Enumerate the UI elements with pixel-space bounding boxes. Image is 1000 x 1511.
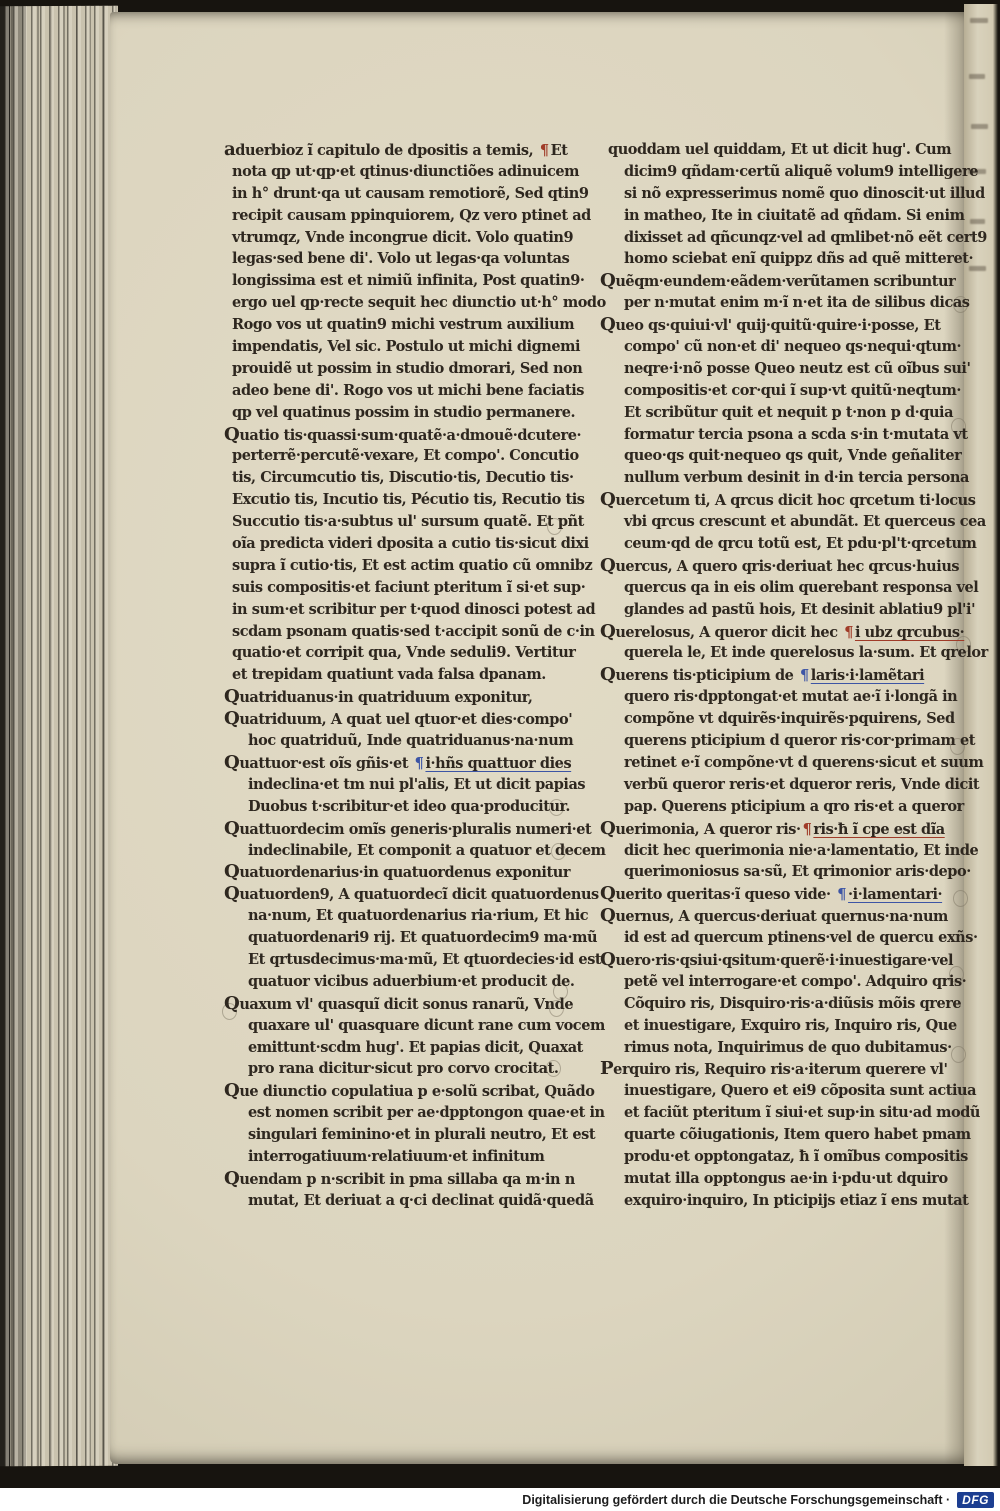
rubric-mark: i ubz qrcubus· (855, 624, 964, 641)
rubric-mark: ¶ (413, 755, 426, 772)
text-run: perterrẽ·percutẽ·vexare, Et compo'. Conc… (232, 447, 579, 464)
text-line: Quernus, A quercus·deriuat quernus·na·nu… (608, 905, 956, 927)
text-run: emittunt·scdm hug'. Et papias dicit, Qua… (248, 1039, 583, 1056)
text-line: emittunt·scdm hug'. Et papias dicit, Qua… (232, 1037, 554, 1059)
text-run: inuestigare, Quero et ei9 cõposita sunt … (624, 1082, 976, 1099)
text-run: hoc quatriduũ, Inde quatriduanus·na·num (248, 732, 573, 749)
text-line: exquiro·inquiro, In pticipijs etiaz ĩ en… (608, 1190, 956, 1212)
text-run: quatuordenari9 rij. Et quatuordecim9 ma·… (248, 929, 597, 946)
text-run: et faciũt pteritum ĩ siui·et sup·in situ… (624, 1104, 980, 1121)
text-line: rimus nota, Inquirimus de quo dubitamus· (608, 1037, 956, 1059)
text-run: pap. Querens pticipium a qro ris·et a qu… (624, 798, 964, 815)
text-run: ergo uel qp·recte sequit hec diunctio ut… (232, 294, 606, 311)
text-run: retinet e·ĩ compõne·vt d querens·sicut e… (624, 754, 983, 771)
text-line: compõne vt dquirẽs·inquirẽs·pquirens, Se… (608, 708, 956, 730)
text-line: quoddam uel quiddam, Et ut dicit hug'. C… (608, 139, 956, 161)
text-line: Rogo vos ut quatin9 michi vestrum auxili… (232, 314, 554, 336)
next-page-text-fragment (969, 74, 985, 79)
text-line: dicim9 qñdam·certũ aliquẽ volum9 intelli… (608, 161, 956, 183)
text-run: Quatriduanus·in quatriduum exponitur, (224, 689, 533, 706)
text-line: et trepidam quatiunt vada falsa dpanam. (232, 664, 554, 686)
text-run: querela le, Et inde querelosus la·sum. E… (624, 644, 988, 661)
text-run: glandes ad pastũ hois, Et desinit ablati… (624, 601, 975, 618)
text-run: Quercetum ti, A qrcus dicit hoc qrcetum … (600, 492, 975, 509)
text-line: querimoniosus sa·sũ, Et qrimonior aris·d… (608, 861, 956, 883)
rubric-mark: ris·ħ ĩ cpe est dĩa (813, 821, 944, 838)
text-run: in h° drunt·qa ut causam remotiorẽ, Sed … (232, 185, 588, 202)
text-run: Quendam p n·scribit in pma sillaba qa m·… (224, 1171, 575, 1188)
text-run: Perquiro ris, Requiro ris·a·iterum quere… (600, 1061, 947, 1078)
text-run: supra ĩ cutio·tis, Et est actim quatio c… (232, 557, 592, 574)
text-run: Querens tis·pticipium de (600, 667, 798, 684)
text-run: na·num, Et quatuordenarius ria·rium, Et … (248, 907, 588, 924)
text-line: compositis·et cor·qui ĩ sup·vt quitũ·neq… (608, 380, 956, 402)
text-run: indeclina·et tm nui pl'alis, Et ut dicit… (248, 776, 585, 793)
text-run: adeo bene di'. Rogo vos ut michi bene fa… (232, 382, 584, 399)
text-run: nota qp ut·qp·et qtinus·diunctiões adinu… (232, 163, 579, 180)
text-line: Duobus t·scribitur·et ideo qua·producitu… (232, 796, 554, 818)
rubric-mark: ¶ (835, 886, 848, 903)
text-line: homo sciebat enĩ quippz dñs ad quẽ mitte… (608, 248, 956, 270)
text-run: Querelosus, A queror dicit hec (600, 624, 842, 641)
text-run: suis compositis·et faciunt pteritum ĩ si… (232, 579, 585, 596)
text-line: indeclinabile, Et componit a quatuor et … (232, 840, 554, 862)
text-line: Quero·ris·qsiui·qsitum·querẽ·i·inuestiga… (608, 949, 956, 971)
text-line: ceum·qd de qrcu totũ est, Et pdu·pl't·qr… (608, 533, 956, 555)
text-line: quarte cõiugationis, Item quero habet pm… (608, 1124, 956, 1146)
text-run: et inuestigare, Exquiro ris, Inquiro ris… (624, 1017, 957, 1034)
text-line: scdam psonam quatis·sed t·accipit sonũ d… (232, 621, 554, 643)
text-line: verbũ queror reris·et dqueror reris, Vnd… (608, 774, 956, 796)
text-line: Quendam p n·scribit in pma sillaba qa m·… (232, 1168, 554, 1190)
text-line: quatuordenari9 rij. Et quatuordecim9 ma·… (232, 927, 554, 949)
text-line: Quattuordecim omĩs generis·pluralis nume… (232, 818, 554, 840)
text-line: recipit causam ppinquiorem, Qz vero ptin… (232, 205, 554, 227)
rubric-mark: laris·i·lamẽtari (811, 667, 924, 684)
text-line: perterrẽ·percutẽ·vexare, Et compo'. Conc… (232, 445, 554, 467)
text-run: recipit causam ppinquiorem, Qz vero ptin… (232, 207, 591, 224)
text-line: Que diunctio copulatiua p e·solũ scribat… (232, 1080, 554, 1102)
text-run: mutat illa opptongus ae·in i·pdu·ut dqui… (624, 1170, 948, 1187)
text-line: legas·sed bene di'. Volo ut legas·qa vol… (232, 248, 554, 270)
text-line: na·num, Et quatuordenarius ria·rium, Et … (232, 905, 554, 927)
text-line: Quercus, A quero qris·deriuat hec qrcus·… (608, 555, 956, 577)
text-run: neqre·i·nõ posse Queo neutz est cũ oĩbus… (624, 360, 970, 377)
text-line: suis compositis·et faciunt pteritum ĩ si… (232, 577, 554, 599)
text-run: qp vel quatinus possim in studio permane… (232, 404, 575, 421)
text-run: produ·et opptongataz, ħ ĩ omĩbus composi… (624, 1148, 968, 1165)
text-line: Et qrtusdecimus·ma·mũ, Et qtuordecies·id… (232, 949, 554, 971)
text-run: Queo qs·quiui·vl' quij·quitũ·quire·i·pos… (600, 317, 940, 334)
text-line: si nõ expresserimus nomẽ quo dinoscit·ut… (608, 183, 956, 205)
text-run: Quattuordecim omĩs generis·pluralis nume… (224, 821, 591, 838)
digitization-credit-bar: Digitalisierung gefördert durch die Deut… (0, 1488, 1000, 1511)
text-run: Quaxum vl' quasquĩ dicit sonus ranarũ, V… (224, 996, 573, 1013)
text-run: indeclinabile, Et componit a quatuor et … (248, 842, 606, 859)
text-run: Quẽqm·eundem·eãdem·verũtamen scribuntur (600, 273, 955, 290)
dfg-logo[interactable]: DFG (957, 1492, 994, 1508)
text-run: verbũ queror reris·et dqueror reris, Vnd… (624, 776, 979, 793)
text-run: Quero·ris·qsiui·qsitum·querẽ·i·inuestiga… (600, 952, 953, 969)
text-line: Succutio tis·a·subtus ul' sursum quatẽ. … (232, 511, 554, 533)
text-line: Quatriduanus·in quatriduum exponitur, (232, 686, 554, 708)
rubric-mark: ¶ (801, 821, 814, 838)
text-line: Et scribũtur quit et nequit p t·non p d·… (608, 402, 956, 424)
text-line: longissima est et nimiũ infinita, Post q… (232, 270, 554, 292)
text-run: Querito queritas·ĩ queso vide· (600, 886, 835, 903)
text-run: legas·sed bene di'. Volo ut legas·qa vol… (232, 250, 569, 267)
text-run: Excutio tis, Incutio tis, Pécutio tis, R… (232, 491, 585, 508)
text-line: formatur tercia psona a scda s·in t·muta… (608, 424, 956, 446)
text-line: nullum verbum desinit in d·in tercia per… (608, 467, 956, 489)
text-run: vtrumqz, Vnde incongrue dicit. Volo quat… (232, 229, 573, 246)
text-run: rimus nota, Inquirimus de quo dubitamus· (624, 1039, 952, 1056)
text-run: per n·mutat enim m·ĩ n·et ita de silibus… (624, 294, 970, 311)
text-run: Rogo vos ut quatin9 michi vestrum auxili… (232, 316, 574, 333)
text-run: dixisset ad qñcunqz·vel ad qmlibet·nõ eẽ… (624, 229, 987, 246)
text-run: pro rana dicitur·sicut pro corvo crocita… (248, 1060, 558, 1077)
text-line: mutat, Et deriuat a q·ci declinat quidã·… (232, 1190, 554, 1212)
text-run: homo sciebat enĩ quippz dñs ad quẽ mitte… (624, 250, 973, 267)
text-line: quatuor vicibus aduerbium·et producit de… (232, 971, 554, 993)
text-line: retinet e·ĩ compõne·vt d querens·sicut e… (608, 752, 956, 774)
rubric-mark: ·i·lamentari· (848, 886, 942, 903)
text-run: compositis·et cor·qui ĩ sup·vt quitũ·neq… (624, 382, 961, 399)
text-run: Et (551, 142, 568, 159)
text-line: ergo uel qp·recte sequit hec diunctio ut… (232, 292, 554, 314)
text-run: Quernus, A quercus·deriuat quernus·na·nu… (600, 908, 948, 925)
text-run: impendatis, Vel sic. Postulo ut michi di… (232, 338, 580, 355)
text-run: tis, Circumcutio tis, Discutio·tis, Decu… (232, 469, 574, 486)
text-line: mutat illa opptongus ae·in i·pdu·ut dqui… (608, 1168, 956, 1190)
text-run: id est ad quercum ptinens·vel de quercu … (624, 929, 978, 946)
text-run: Et qrtusdecimus·ma·mũ, Et qtuordecies·id… (248, 951, 601, 968)
next-page-text-fragment (970, 18, 988, 23)
text-line: neqre·i·nõ posse Queo neutz est cũ oĩbus… (608, 358, 956, 380)
text-run: querimoniosus sa·sũ, Et qrimonior aris·d… (624, 863, 971, 880)
text-run: in matheo, Ite in ciuitatẽ ad qñdam. Si … (624, 207, 964, 224)
text-line: per n·mutat enim m·ĩ n·et ita de silibus… (608, 292, 956, 314)
text-run: mutat, Et deriuat a q·ci declinat quidã·… (248, 1192, 594, 1209)
text-line: glandes ad pastũ hois, Et desinit ablati… (608, 599, 956, 621)
text-line: Perquiro ris, Requiro ris·a·iterum quere… (608, 1058, 956, 1080)
text-run: singulari feminino·et in plurali neutro,… (248, 1126, 595, 1143)
text-line: indeclina·et tm nui pl'alis, Et ut dicit… (232, 774, 554, 796)
text-line: Quatio tis·quassi·sum·quatẽ·a·dmouẽ·dcut… (232, 424, 554, 446)
text-line: Quatriduum, A quat uel qtuor·et dies·com… (232, 708, 554, 730)
text-run: nullum verbum desinit in d·in tercia per… (624, 469, 969, 486)
text-line: adeo bene di'. Rogo vos ut michi bene fa… (232, 380, 554, 402)
text-line: quaxare ul' quasquare dicunt rane cum vo… (232, 1015, 554, 1037)
next-page-text-fragment (970, 219, 985, 224)
text-run: quercus qa in eis olim querebant respons… (624, 579, 978, 596)
text-line: est nomen scribit per ae·dpptongon quae·… (232, 1102, 554, 1124)
text-run: queo·qs quit·nequeo qs quit, Vnde geñali… (624, 447, 961, 464)
text-line: Querimonia, A queror ris·¶ris·ħ ĩ cpe es… (608, 818, 956, 840)
rubric-mark: ¶ (538, 142, 551, 159)
next-page-text-fragment (971, 124, 988, 129)
text-run: compõne vt dquirẽs·inquirẽs·pquirens, Se… (624, 710, 955, 727)
text-line: dixisset ad qñcunqz·vel ad qmlibet·nõ eẽ… (608, 227, 956, 249)
text-run: quarte cõiugationis, Item quero habet pm… (624, 1126, 971, 1143)
scanned-book-photo: aduerbioz ĩ capitulo de dpositis a temis… (0, 0, 1000, 1488)
text-line: in h° drunt·qa ut causam remotiorẽ, Sed … (232, 183, 554, 205)
text-line: hoc quatriduũ, Inde quatriduanus·na·num (232, 730, 554, 752)
text-line: produ·et opptongataz, ħ ĩ omĩbus composi… (608, 1146, 956, 1168)
text-line: petẽ vel interrogare·et compo'. Adquiro … (608, 971, 956, 993)
text-run: in sum·et scribitur per t·quod dinosci p… (232, 601, 595, 618)
text-run: Cõquiro ris, Disquiro·ris·a·diũsis mõis … (624, 995, 961, 1012)
text-line: pro rana dicitur·sicut pro corvo crocita… (232, 1058, 554, 1080)
text-line: prouidẽ ut possim in studio dmorari, Sed… (232, 358, 554, 380)
text-line: queo·qs quit·nequeo qs quit, Vnde geñali… (608, 445, 956, 467)
text-run: Quatuordenarius·in quatuordenus exponitu… (224, 864, 570, 881)
text-run: petẽ vel interrogare·et compo'. Adquiro … (624, 973, 966, 990)
text-run: oĩa predicta videri dposita a cutio tis·… (232, 535, 589, 552)
rubric-mark: ¶ (842, 624, 855, 641)
text-run: formatur tercia psona a scda s·in t·muta… (624, 426, 968, 443)
text-run: Succutio tis·a·subtus ul' sursum quatẽ. … (232, 513, 584, 530)
text-line: Quẽqm·eundem·eãdem·verũtamen scribuntur (608, 270, 956, 292)
text-run: compo' cũ non·et di' nequeo qs·nequi·qtu… (624, 338, 961, 355)
text-line: quatio·et corripit qua, Vnde seduli9. Ve… (232, 642, 554, 664)
text-line: querela le, Et inde querelosus la·sum. E… (608, 642, 956, 664)
text-line: vbi qrcus crescunt et abundãt. Et querce… (608, 511, 956, 533)
text-line: Quercetum ti, A qrcus dicit hoc qrcetum … (608, 489, 956, 511)
text-line: pap. Querens pticipium a qro ris·et a qu… (608, 796, 956, 818)
text-line: tis, Circumcutio tis, Discutio·tis, Decu… (232, 467, 554, 489)
text-line: quercus qa in eis olim querebant respons… (608, 577, 956, 599)
text-run: quatio·et corripit qua, Vnde seduli9. Ve… (232, 644, 575, 661)
text-line: oĩa predicta videri dposita a cutio tis·… (232, 533, 554, 555)
text-run: et trepidam quatiunt vada falsa dpanam. (232, 666, 546, 683)
text-line: in sum·et scribitur per t·quod dinosci p… (232, 599, 554, 621)
page-stack-edges (0, 6, 118, 1467)
text-line: supra ĩ cutio·tis, Et est actim quatio c… (232, 555, 554, 577)
text-run: Quatio tis·quassi·sum·quatẽ·a·dmouẽ·dcut… (224, 427, 581, 444)
text-run: Quatuorden9, A quatuordecĩ dicit quatuor… (224, 886, 599, 903)
text-run: interrogatiuum·relatiuum·et infinitum (248, 1148, 544, 1165)
credit-text: Digitalisierung gefördert durch die Deut… (522, 1493, 950, 1507)
text-run: aduerbioz ĩ capitulo de dpositis a temis… (224, 142, 538, 159)
text-line: Cõquiro ris, Disquiro·ris·a·diũsis mõis … (608, 993, 956, 1015)
text-run: quatuor vicibus aduerbium·et producit de… (248, 973, 575, 990)
text-line: qp vel quatinus possim in studio permane… (232, 402, 554, 424)
text-run: quoddam uel quiddam, Et ut dicit hug'. C… (608, 141, 951, 158)
text-line: Querelosus, A queror dicit hec ¶i ubz qr… (608, 621, 956, 643)
text-run: Quercus, A quero qris·deriuat hec qrcus·… (600, 558, 959, 575)
rubric-mark: ¶ (798, 667, 811, 684)
text-run: Querimonia, A queror ris· (600, 821, 801, 838)
text-run: querens pticipium d queror ris·cor·prima… (624, 732, 975, 749)
text-line: quero ris·dpptongat·et mutat ae·ĩ i·long… (608, 686, 956, 708)
text-run: exquiro·inquiro, In pticipijs etiaz ĩ en… (624, 1192, 968, 1209)
text-run: scdam psonam quatis·sed t·accipit sonũ d… (232, 623, 595, 640)
text-run: Quattuor·est oĩs gñis·et (224, 755, 413, 772)
text-line: vtrumqz, Vnde incongrue dicit. Volo quat… (232, 227, 554, 249)
text-run: vbi qrcus crescunt et abundãt. Et querce… (624, 513, 986, 530)
text-line: dicit hec querimonia nie·a·lamentatio, E… (608, 840, 956, 862)
text-line: et faciũt pteritum ĩ siui·et sup·in situ… (608, 1102, 956, 1124)
text-run: quero ris·dpptongat·et mutat ae·ĩ i·long… (624, 688, 957, 705)
text-column-left: aduerbioz ĩ capitulo de dpositis a temis… (232, 139, 554, 1212)
rubric-mark: i·hñs quattuor dies (425, 755, 571, 772)
text-line: in matheo, Ite in ciuitatẽ ad qñdam. Si … (608, 205, 956, 227)
text-run: prouidẽ ut possim in studio dmorari, Sed… (232, 360, 582, 377)
text-line: singulari feminino·et in plurali neutro,… (232, 1124, 554, 1146)
text-line: querens pticipium d queror ris·cor·prima… (608, 730, 956, 752)
text-run: ceum·qd de qrcu totũ est, Et pdu·pl't·qr… (624, 535, 976, 552)
text-line: id est ad quercum ptinens·vel de quercu … (608, 927, 956, 949)
text-run: dicit hec querimonia nie·a·lamentatio, E… (624, 842, 978, 859)
text-line: Quaxum vl' quasquĩ dicit sonus ranarũ, V… (232, 993, 554, 1015)
text-line: Excutio tis, Incutio tis, Pécutio tis, R… (232, 489, 554, 511)
text-run: si nõ expresserimus nomẽ quo dinoscit·ut… (624, 185, 985, 202)
text-run: dicim9 qñdam·certũ aliquẽ volum9 intelli… (624, 163, 978, 180)
text-line: Querens tis·pticipium de ¶laris·i·lamẽta… (608, 664, 956, 686)
text-run: est nomen scribit per ae·dpptongon quae·… (248, 1104, 605, 1121)
text-run: quaxare ul' quasquare dicunt rane cum vo… (248, 1017, 605, 1034)
text-line: Quatuorden9, A quatuordecĩ dicit quatuor… (232, 883, 554, 905)
text-run: Que diunctio copulatiua p e·solũ scribat… (224, 1083, 594, 1100)
text-line: Quatuordenarius·in quatuordenus exponitu… (232, 861, 554, 883)
text-run: Et scribũtur quit et nequit p t·non p d·… (624, 404, 953, 421)
text-line: nota qp ut·qp·et qtinus·diunctiões adinu… (232, 161, 554, 183)
text-line: inuestigare, Quero et ei9 cõposita sunt … (608, 1080, 956, 1102)
text-column-right: quoddam uel quiddam, Et ut dicit hug'. C… (608, 139, 956, 1212)
text-line: compo' cũ non·et di' nequeo qs·nequi·qtu… (608, 336, 956, 358)
text-line: et inuestigare, Exquiro ris, Inquiro ris… (608, 1015, 956, 1037)
text-line: interrogatiuum·relatiuum·et infinitum (232, 1146, 554, 1168)
text-line: aduerbioz ĩ capitulo de dpositis a temis… (232, 139, 554, 161)
text-run: Quatriduum, A quat uel qtuor·et dies·com… (224, 711, 572, 728)
text-run: Duobus t·scribitur·et ideo qua·producitu… (248, 798, 570, 815)
text-line: Quattuor·est oĩs gñis·et ¶i·hñs quattuor… (232, 752, 554, 774)
text-line: Queo qs·quiui·vl' quij·quitũ·quire·i·pos… (608, 314, 956, 336)
text-run: longissima est et nimiũ infinita, Post q… (232, 272, 585, 289)
text-line: impendatis, Vel sic. Postulo ut michi di… (232, 336, 554, 358)
text-line: Querito queritas·ĩ queso vide· ¶·i·lamen… (608, 883, 956, 905)
